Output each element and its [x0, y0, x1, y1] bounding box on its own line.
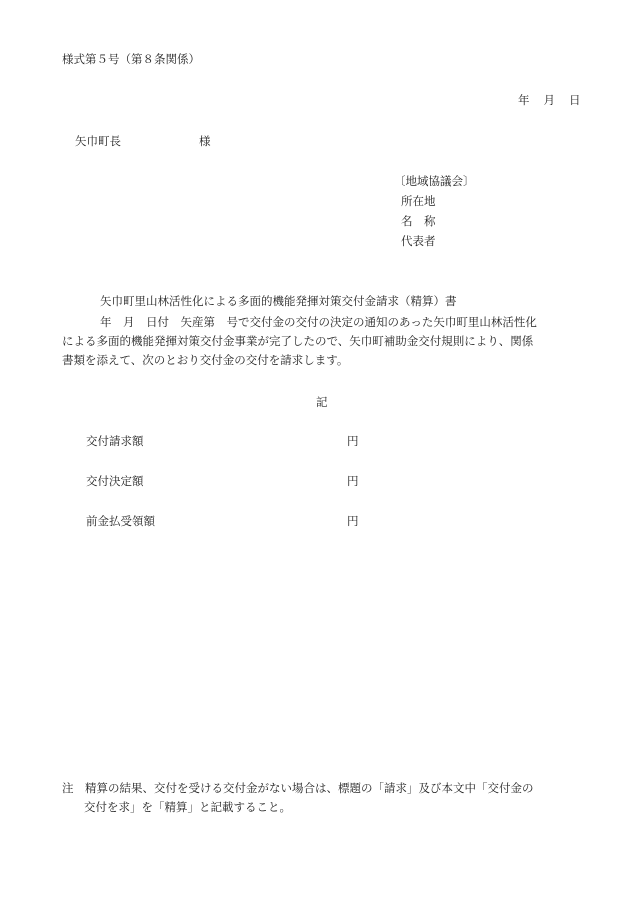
body-line-3: 書類を添えて、次のとおり交付金の交付を請求します。 — [62, 351, 582, 370]
date-year: 年 — [518, 93, 530, 107]
body-text: 年 月 日付 矢産第 号で交付金の交付の決定の通知のあった矢巾町里山林活性化 に… — [62, 313, 582, 370]
applicant-representative-label: 代表者 — [394, 234, 475, 254]
item-unit-claim: 円 — [347, 434, 359, 448]
note: 注 精算の結果、交付を受ける交付金がない場合は、標題の「請求」及び本文中「交付金… — [62, 779, 582, 817]
date-month: 月 — [544, 93, 556, 107]
body-line-1: 年 月 日付 矢産第 号で交付金の交付の決定の通知のあった矢巾町里山林活性化 — [62, 313, 582, 332]
ki-heading: 記 — [316, 395, 328, 409]
addressee-honorific: 様 — [199, 134, 211, 148]
applicant-block: 〔地域協議会〕 所在地 名 称 代表者 — [394, 174, 475, 254]
item-unit-decision: 円 — [347, 474, 359, 488]
document-title: 矢巾町里山林活性化による多面的機能発揮対策交付金請求（精算）書 — [100, 294, 457, 308]
item-label-decision: 交付決定額 — [86, 474, 144, 488]
item-label-claim: 交付請求額 — [86, 434, 144, 448]
applicant-address-label: 所在地 — [394, 194, 475, 214]
applicant-org-type: 〔地域協議会〕 — [394, 174, 475, 194]
date-day: 日 — [569, 93, 581, 107]
item-label-advance: 前金払受領額 — [86, 514, 155, 528]
note-line-1: 注 精算の結果、交付を受ける交付金がない場合は、標題の「請求」及び本文中「交付金… — [62, 779, 582, 798]
applicant-name-label: 名 称 — [394, 214, 475, 234]
form-number: 様式第５号（第８条関係） — [62, 52, 200, 66]
date-line: 年月日 — [518, 93, 581, 107]
addressee-name: 矢巾町長 — [75, 134, 121, 148]
body-line-2: による多面的機能発揮対策交付金事業が完了したので、矢巾町補助金交付規則により、関… — [62, 332, 582, 351]
note-line-2: 交付を求」を「精算」と記載すること。 — [62, 798, 582, 817]
item-unit-advance: 円 — [347, 514, 359, 528]
